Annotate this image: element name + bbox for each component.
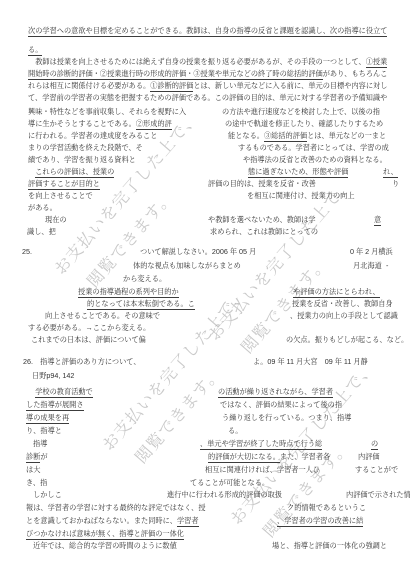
text-run: するものである。学習者にとっては、学習の成 bbox=[238, 143, 389, 152]
text-segment: 授業を反省・改善し、教師自身 bbox=[292, 299, 393, 308]
text-line: 近年では、総合的な学習の時間のように数値場と、指導と評価の一体化の強調と bbox=[0, 541, 410, 551]
text-run: 教師は授業を向上させるためには絶えず自身の授業を振り返る必要があるが、その手段の… bbox=[28, 57, 387, 66]
text-line: 識し、把求められ、これは教師にとっての bbox=[0, 227, 410, 237]
underlined-text: ①授業 bbox=[366, 57, 388, 68]
text-run: や教師を選べないため、教師は学 bbox=[208, 215, 316, 224]
text-run: に行われる。学習者の達成度をみること bbox=[28, 131, 157, 140]
text-segment: まりの学習活動を終えた段階で、そ bbox=[28, 143, 143, 152]
text-run: 授業を反省・改善し、教師自身 bbox=[292, 299, 393, 308]
text-segment: り bbox=[392, 179, 399, 188]
text-line: 向上させることである。その意味で、授業力の向上の手段として認識 bbox=[0, 311, 410, 321]
text-segment: の方法や進行速度などを検討した上で、以後の指 bbox=[222, 107, 380, 116]
text-segment: の欠点。振りもどしが起こる、など。 bbox=[286, 335, 408, 344]
text-run: 、学習者の学習の改善に結 bbox=[277, 516, 363, 525]
underlined-text: の活動が繰り返されながら、学習者 bbox=[218, 387, 333, 398]
text-run: 、単元や学習が終了した時点で行う総 bbox=[200, 439, 322, 448]
text-run: れ、 bbox=[383, 167, 398, 176]
text-run: 識し、把 bbox=[27, 227, 56, 236]
text-segment: 興味・特性などを事前収集し、それらを視野に入 bbox=[28, 107, 186, 116]
text-line: びつかなければ意味が無く、指導と評価の一体化 bbox=[0, 529, 410, 539]
text-line: る。 bbox=[0, 45, 410, 55]
text-run: - bbox=[386, 261, 388, 270]
text-run: う繰り返しを行っている。つまり、指導 bbox=[222, 413, 351, 422]
text-run: 績であり、学習を振り返る資料と bbox=[28, 155, 136, 164]
text-segment: する必要がある。→ここから変える。 bbox=[28, 323, 150, 332]
text-segment: 内評価で示された情 bbox=[346, 490, 410, 499]
text-segment: とは、単元などの一まと bbox=[307, 131, 386, 140]
underlined-text: ③総括的評価 bbox=[264, 131, 307, 142]
text-run: よ。09 年 11 月大宮 09 年 11 月静 bbox=[253, 357, 368, 366]
text-line: がある。 bbox=[0, 203, 410, 213]
text-segment: や指導法の反省と改善のための資料となる。 bbox=[243, 155, 387, 164]
text-segment: て、学習前の学習者の実態を把握するための評価である。この評価の目的は、単元に対す… bbox=[28, 93, 387, 102]
text-run: することがで bbox=[355, 465, 398, 474]
text-run: 態に過ぎないため、形態や評価 bbox=[248, 167, 348, 176]
text-run: 場と、指導と評価の一体化の強調と bbox=[272, 541, 387, 550]
text-run: り、指導と bbox=[26, 426, 62, 435]
text-segment: 内評価 bbox=[358, 452, 380, 461]
text-segment: 向上させることである。その意味で bbox=[45, 311, 160, 320]
underlined-text: 診断 bbox=[26, 452, 40, 463]
text-run: ついて解説しなさい。2006 年 05 月 bbox=[140, 247, 256, 256]
underlined-text: 的評価が大切になる。 bbox=[208, 452, 280, 463]
underlined-text: びつかなければ意味が無く、指導と評価の一体化 bbox=[26, 529, 184, 540]
text-segment: これまでの日本は、評価について偏 bbox=[31, 335, 146, 344]
text-line: 導の成果を再う繰り返しを行っている。つまり、指導 bbox=[0, 413, 410, 423]
text-segment: 導に生かそうとすることである。 bbox=[28, 119, 136, 128]
text-segment: ク的情報であるというこ bbox=[287, 503, 366, 512]
text-run: 的となっては本末転倒である。こ bbox=[87, 299, 195, 308]
text-run: 次の学習への意欲や目標を定めることができる。教師は、自身の指導の反省と課題を認識… bbox=[28, 26, 387, 35]
text-layer: 次の学習への意欲や目標を定めることができる。教師は、自身の指導の反省と課題を認識… bbox=[0, 0, 410, 580]
text-segment: することがで bbox=[355, 465, 398, 474]
text-segment: 評価の目的は、授業を反省・改善 bbox=[208, 179, 316, 188]
text-run: 近年では、総合的な学習の時間のように数値 bbox=[33, 541, 177, 550]
text-line: 診断が的評価が大切になる。また、学習者各内評価 bbox=[0, 452, 410, 462]
text-segment: 能となる。 bbox=[228, 131, 264, 140]
text-segment: 識し、把 bbox=[27, 227, 56, 236]
underlined-text: 次の学習への意欲や目標を定めることができる。教師は、自身の指導の反省と課題を認識… bbox=[28, 26, 387, 37]
text-line: これまでの日本は、評価について偏の欠点。振りもどしが起こる、など。 bbox=[0, 335, 410, 345]
text-line: 日野p94, 142 bbox=[0, 371, 410, 381]
underlined-text: 開始時の診断的評価・②授業進行時の形成的評価・③授業や単元などの終了時の総括的評… bbox=[28, 69, 323, 80]
text-segment: しかしこ bbox=[33, 490, 62, 499]
underlined-text: 意 bbox=[374, 215, 381, 226]
text-run: 診断が bbox=[26, 452, 48, 461]
text-run: 体的な視点も加味しながらまとめ bbox=[133, 261, 241, 270]
text-run: 現在の bbox=[45, 215, 67, 224]
text-run: 評価の目的は、授業を反省・改善 bbox=[208, 179, 316, 188]
text-run: とを意識しておかねばならない。また同時に、学習者 bbox=[26, 516, 199, 525]
text-segment: き、指 bbox=[26, 478, 47, 487]
text-segment: 近年では、総合的な学習の時間のように数値 bbox=[33, 541, 177, 550]
text-run: れらは相互に関係付ける必要がある。①診断的評価とは、新しい単元などに入る前に、単… bbox=[28, 81, 387, 90]
text-segment: 0 年 2 月横浜 bbox=[350, 247, 393, 256]
underlined-text: や評価の方法にとらわれ、 bbox=[293, 287, 380, 298]
underlined-text: 評価することが目的と bbox=[28, 179, 100, 190]
text-segment: とは、新しい単元などに入る前に、単元の目標や内容に対し bbox=[193, 81, 387, 90]
text-segment: 26. 指導と評価のあり方について、 bbox=[23, 357, 141, 366]
text-run: 内評価で示された情 bbox=[346, 490, 410, 499]
text-run: を向上させることで bbox=[28, 191, 93, 200]
text-segment: 体的な視点も加味しながらまとめ bbox=[133, 261, 241, 270]
text-line: を向上させることでを相互に関連付け、授業力の向上 bbox=[0, 191, 410, 201]
text-run: 進行中に行われる形成的評価の取扱 bbox=[167, 490, 282, 499]
text-line: て、学習前の学習者の実態を把握するための評価である。この評価の目的は、単元に対す… bbox=[0, 93, 410, 103]
text-run: まりの学習活動を終えた段階で、そ bbox=[28, 143, 143, 152]
text-line: は大相互に関連付ければ、学習者一人ひすることがで bbox=[0, 465, 410, 475]
text-run: しかしこ bbox=[33, 490, 62, 499]
text-segment: 場と、指導と評価の一体化の強調と bbox=[272, 541, 387, 550]
text-run: を相互に関連付け、授業力の向上 bbox=[247, 191, 355, 200]
text-run: ではなく、評価の結果によって後の指 bbox=[220, 400, 342, 409]
underlined-text: 学校の教育活動で bbox=[35, 387, 93, 398]
text-run: 、授業力の向上の手段として認識 bbox=[290, 311, 398, 320]
text-line: き、指てることが可能となる。 bbox=[0, 478, 410, 488]
text-run: や指導法の反省と改善のための資料となる。 bbox=[243, 155, 387, 164]
text-line: とを意識しておかねばならない。また同時に、学習者、学習者の学習の改善に結 bbox=[0, 516, 410, 526]
text-segment: 求められ、これは教師にとっての bbox=[210, 227, 318, 236]
underlined-text: る。 bbox=[28, 45, 42, 56]
text-segment: ではなく、評価の結果によって後の指 bbox=[220, 400, 342, 409]
text-segment: は大 bbox=[26, 465, 40, 474]
text-line: した指導が展開さではなく、評価の結果によって後の指 bbox=[0, 400, 410, 410]
text-run: や評価の方法にとらわれ、 bbox=[293, 287, 380, 296]
text-run: した指導が展開さ bbox=[26, 400, 84, 409]
text-run: 向上させることである。その意味で bbox=[45, 311, 160, 320]
text-line: れらは相互に関係付ける必要がある。①診断的評価とは、新しい単元などに入る前に、単… bbox=[0, 81, 410, 91]
text-run: これまでの日本は、評価について偏 bbox=[31, 335, 146, 344]
text-run: 指導 bbox=[33, 439, 47, 448]
text-run: から変える。 bbox=[123, 274, 166, 283]
text-line: 次の学習への意欲や目標を定めることができる。教師は、自身の指導の反省と課題を認識… bbox=[0, 26, 410, 36]
text-segment: 日野p94, 142 bbox=[32, 371, 74, 380]
text-run: の活動が繰り返されながら、学習者 bbox=[218, 387, 333, 396]
text-run: る。 bbox=[228, 426, 242, 435]
text-segment: 績であり、学習を振り返る資料と bbox=[28, 155, 136, 164]
text-run: 求められ、これは教師にとっての bbox=[210, 227, 318, 236]
underlined-text: 、単元や学習が終了した時点で行う総 bbox=[200, 439, 322, 450]
text-segment: に行われる。学習者の達成度をみること bbox=[28, 131, 157, 140]
text-line: に行われる。学習者の達成度をみること能となる。③総括的評価とは、単元などの一まと bbox=[0, 131, 410, 141]
text-run: 的評価が大切になる。また、学習者各 bbox=[208, 452, 330, 461]
text-segment: とを意識しておかねばならない。また同時に、 bbox=[26, 516, 177, 525]
text-line: 教師は授業を向上させるためには絶えず自身の授業を振り返る必要があるが、その手段の… bbox=[0, 57, 410, 67]
text-run: は大 bbox=[26, 465, 40, 474]
text-run: 月北海道 bbox=[353, 261, 382, 270]
text-line: 現在のや教師を選べないため、教師は学意 bbox=[0, 215, 410, 225]
text-run: 日野p94, 142 bbox=[32, 371, 74, 380]
text-line: まりの学習活動を終えた段階で、そするものである。学習者にとっては、学習の成 bbox=[0, 143, 410, 153]
text-segment: 月北海道 bbox=[353, 261, 382, 270]
text-segment: を相互に関連付け、授業力の向上 bbox=[247, 191, 355, 200]
text-segment: り、指導と bbox=[26, 426, 62, 435]
text-line: から変える。 bbox=[0, 274, 410, 284]
text-run: る。 bbox=[28, 45, 42, 54]
text-line: しかしこ進行中に行われる形成的評価の取扱内評価で示された情 bbox=[0, 490, 410, 500]
text-segment: - bbox=[386, 261, 388, 270]
text-segment: がある。 bbox=[28, 203, 57, 212]
underlined-text: 態に過ぎないため、形態や評価 bbox=[248, 167, 348, 178]
text-line: 開始時の診断的評価・②授業進行時の形成的評価・③授業や単元などの終了時の総括的評… bbox=[0, 69, 410, 79]
text-run: き、指 bbox=[26, 478, 47, 487]
underlined-text: ②形成的評 bbox=[136, 119, 172, 130]
text-run: する必要がある。→ここから変える。 bbox=[28, 323, 150, 332]
text-run: 26. 指導と評価のあり方について、 bbox=[23, 357, 141, 366]
text-run: 興味・特性などを事前収集し、それらを視野に入 bbox=[28, 107, 186, 116]
underlined-text: の bbox=[371, 439, 378, 450]
text-segment: また、学習者各 bbox=[280, 452, 330, 461]
text-segment: 指導 bbox=[33, 439, 47, 448]
text-segment: や教師を選べないため、教師は学 bbox=[208, 215, 316, 224]
text-segment: る。 bbox=[228, 426, 242, 435]
text-segment: れらは相互に関係付ける必要がある。 bbox=[28, 81, 150, 90]
text-line: これらの評価は、授業の態に過ぎないため、形態や評価れ、 bbox=[0, 167, 410, 177]
text-segment: てることが可能となる。 bbox=[190, 478, 269, 487]
text-segment: の途中で軌道を修正したり、確認したりするため bbox=[225, 119, 383, 128]
text-line: 的となっては本末転倒である。こ授業を反省・改善し、教師自身 bbox=[0, 299, 410, 309]
text-segment: するものである。学習者にとっては、学習の成 bbox=[238, 143, 389, 152]
text-run: 導の成果を再 bbox=[26, 413, 69, 422]
text-run: びつかなければ意味が無く、指導と評価の一体化 bbox=[26, 529, 184, 538]
text-run: の欠点。振りもどしが起こる、など。 bbox=[286, 335, 408, 344]
document-page: お支払いを完了した上で、閲覧できます。お支払いを完了した上で、閲覧できます。お支… bbox=[0, 0, 410, 580]
text-segment: から変える。 bbox=[123, 274, 166, 283]
text-segment: 相互に関連付ければ、学習者一人ひ bbox=[205, 465, 320, 474]
underlined-text: ①診断的評価 bbox=[150, 81, 193, 92]
text-line: する必要がある。→ここから変える。 bbox=[0, 323, 410, 333]
underlined-text: 的となっては本末転倒である。こ bbox=[87, 299, 195, 310]
text-run: り bbox=[392, 179, 399, 188]
text-segment: う繰り返しを行っている。つまり、指導 bbox=[222, 413, 351, 422]
text-run: 相互に関連付ければ、学習者一人ひ bbox=[205, 465, 320, 474]
text-segment: 、授業力の向上の手段として認識 bbox=[290, 311, 398, 320]
text-line: 授業の指導過程の系列や目的かや評価の方法にとらわれ、 bbox=[0, 287, 410, 297]
text-run: 導に生かそうとすることである。②形成的評 bbox=[28, 119, 172, 128]
text-line: 25.ついて解説しなさい。2006 年 05 月0 年 2 月横浜 bbox=[0, 247, 410, 257]
underlined-text: れ、 bbox=[383, 167, 398, 178]
text-line: 評価することが目的と評価の目的は、授業を反省・改善り bbox=[0, 179, 410, 189]
text-run: 報は、学習者の学習に対する最終的な評定ではなく、授 bbox=[26, 503, 206, 512]
text-line: 体的な視点も加味しながらまとめ月北海道- bbox=[0, 261, 410, 271]
text-segment: 進行中に行われる形成的評価の取扱 bbox=[167, 490, 282, 499]
text-segment: 報は、学習者の学習に対する最終的な評定ではなく、授 bbox=[26, 503, 206, 512]
text-run: てることが可能となる。 bbox=[190, 478, 269, 487]
text-run: 0 年 2 月横浜 bbox=[350, 247, 393, 256]
text-run: て、学習前の学習者の実態を把握するための評価である。この評価の目的は、単元に対す… bbox=[28, 93, 387, 102]
text-run: これらの評価は、授業の bbox=[28, 167, 114, 176]
text-segment: ついて解説しなさい。2006 年 05 月 bbox=[140, 247, 256, 256]
underlined-text: 導の成果を再 bbox=[26, 413, 69, 424]
text-line: 26. 指導と評価のあり方について、よ。09 年 11 月大宮 09 年 11 … bbox=[0, 357, 410, 367]
text-run: 評価することが目的と bbox=[28, 179, 100, 188]
text-run: の方法や進行速度などを検討した上で、以後の指 bbox=[222, 107, 380, 116]
text-run: ク的情報であるというこ bbox=[287, 503, 366, 512]
text-line: 導に生かそうとすることである。②形成的評の途中で軌道を修正したり、確認したりする… bbox=[0, 119, 410, 129]
underlined-text: した指導が展開さ bbox=[26, 400, 84, 411]
text-run: 25. bbox=[22, 247, 32, 256]
text-segment: 現在の bbox=[45, 215, 67, 224]
underlined-text: これらの評価は、授業の bbox=[35, 167, 114, 178]
text-line: 興味・特性などを事前収集し、それらを視野に入の方法や進行速度などを検討した上で、… bbox=[0, 107, 410, 117]
text-line: 学校の教育活動での活動が繰り返されながら、学習者 bbox=[0, 387, 410, 397]
text-line: 報は、学習者の学習に対する最終的な評定ではなく、授ク的情報であるというこ bbox=[0, 503, 410, 513]
text-segment: が bbox=[40, 452, 47, 461]
underlined-text: 学習者 bbox=[177, 516, 199, 527]
text-segment: 教師は授業を向上させるためには絶えず自身の授業を振り返る必要があるが、その手段の… bbox=[28, 57, 366, 66]
underlined-text: 、学習者の学習の改善に結 bbox=[277, 516, 363, 527]
text-run: の bbox=[371, 439, 378, 448]
text-segment: があり、もちろんこ bbox=[323, 69, 388, 78]
text-run: がある。 bbox=[28, 203, 57, 212]
text-segment: 25. bbox=[22, 247, 32, 256]
text-run: の途中で軌道を修正したり、確認したりするため bbox=[225, 119, 383, 128]
text-run: 内評価 bbox=[358, 452, 380, 461]
text-run: 能となる。③総括的評価とは、単元などの一まと bbox=[228, 131, 386, 140]
text-segment: を向上させることで bbox=[28, 191, 93, 200]
text-run: 意 bbox=[374, 215, 381, 224]
text-line: 指導、単元や学習が終了した時点で行う総の bbox=[0, 439, 410, 449]
text-segment: よ。09 年 11 月大宮 09 年 11 月静 bbox=[253, 357, 368, 366]
underlined-text: 授業の指導過程の系列や目的か bbox=[78, 287, 179, 298]
text-run: 学校の教育活動で bbox=[28, 387, 93, 396]
text-run: 授業の指導過程の系列や目的か bbox=[78, 287, 179, 296]
text-run: 開始時の診断的評価・②授業進行時の形成的評価・③授業や単元などの終了時の総括的評… bbox=[28, 69, 387, 78]
text-line: 績であり、学習を振り返る資料とや指導法の反省と改善のための資料となる。 bbox=[0, 155, 410, 165]
text-line: り、指導とる。 bbox=[0, 426, 410, 436]
